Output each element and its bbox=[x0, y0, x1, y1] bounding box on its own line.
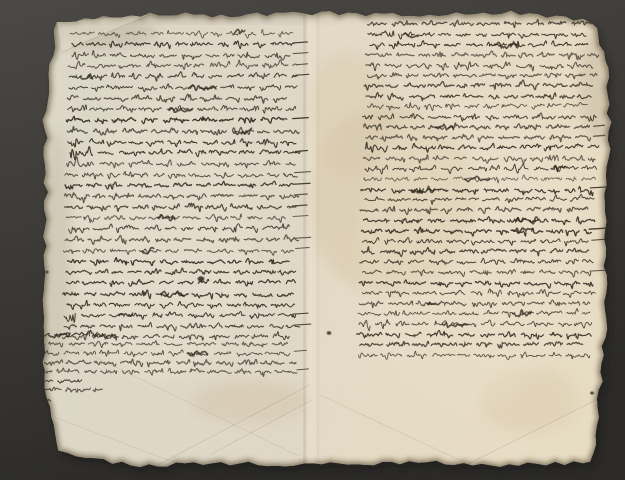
manuscript-image bbox=[0, 0, 625, 480]
paper-texture bbox=[30, 5, 620, 477]
manuscript-scan bbox=[0, 0, 625, 480]
paper-surface bbox=[14, 5, 623, 478]
